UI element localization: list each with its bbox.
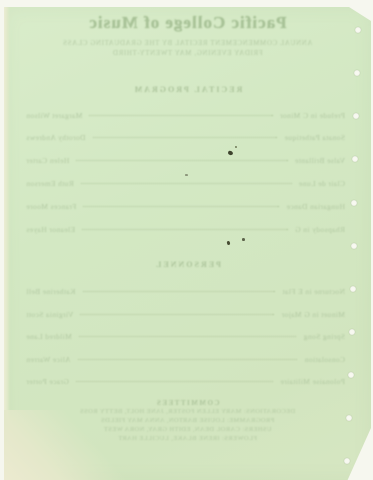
personnel-row-piece: Nocturne in E Flat	[282, 287, 345, 296]
personnel-row-name: Grace Porter	[26, 377, 69, 386]
bleedthrough-footer-line: USHERS: CAROL DEAN, EDITH GRAY, NORA WES…	[4, 426, 371, 433]
punch-hole	[355, 27, 361, 33]
program-row: Valse Brillante Helen Carter	[26, 156, 345, 165]
dot-leader	[80, 313, 274, 315]
program-row-performer: Helen Carter	[26, 156, 69, 165]
dot-leader	[76, 380, 273, 382]
personnel-row-piece: Consolation	[304, 355, 345, 364]
dot-leader	[81, 182, 292, 184]
program-row-piece: Sonata Pathetique	[284, 133, 345, 142]
program-row-performer: Frances Moore	[26, 202, 76, 211]
personnel-row-name: Mildred Lane	[26, 332, 72, 341]
program-row: Hungarian Dance Frances Moore	[26, 202, 345, 211]
punch-hole	[349, 329, 355, 335]
personnel-row: Spring Song Mildred Lane	[26, 332, 345, 341]
punch-hole	[354, 70, 360, 76]
program-row-piece: Hungarian Dance	[286, 202, 345, 211]
personnel-row-name: Alice Warren	[26, 355, 71, 364]
punch-hole	[351, 243, 357, 249]
bleedthrough-footer-line: FLOWERS: IRENE BLAKE, LUCILLE HART	[4, 435, 371, 442]
dot-leader	[93, 136, 278, 138]
bleedthrough-layer: Pacific College of Music ANNUAL COMMENCE…	[4, 7, 371, 480]
personnel-row-piece: Minuet in G Major	[281, 310, 345, 319]
program-row-piece: Prelude in C Minor	[280, 111, 345, 120]
dot-leader	[78, 358, 298, 360]
program-row: Prelude in C Minor Margaret Wilson	[26, 111, 345, 120]
program-row: Clair de Lune Ruth Emerson	[26, 179, 345, 188]
dot-leader	[83, 205, 279, 207]
ink-speck	[185, 174, 188, 176]
bleedthrough-footer-line: DECORATIONS: MARY ELLEN FOSTER, JANE HOL…	[4, 408, 371, 415]
punch-hole	[346, 415, 352, 421]
personnel-row: Nocturne in E Flat Katherine Bell	[26, 287, 345, 296]
program-row-piece: Rhapsody in G	[295, 225, 345, 234]
ink-speck	[242, 238, 245, 241]
personnel-row-name: Katherine Bell	[26, 287, 76, 296]
bleedthrough-personnel-heading: PERSONNEL	[4, 260, 371, 269]
dot-leader	[79, 335, 296, 337]
personnel-row-name: Virginia Scott	[26, 310, 73, 319]
program-row-performer: Dorothy Andrews	[26, 133, 86, 142]
personnel-row: Minuet in G Major Virginia Scott	[26, 310, 345, 319]
bleedthrough-program-heading: RECITAL PROGRAM	[4, 85, 371, 94]
dot-leader	[76, 159, 287, 161]
punch-hole	[350, 286, 356, 292]
program-row: Sonata Pathetique Dorothy Andrews	[26, 133, 345, 142]
punch-hole	[352, 156, 358, 162]
dot-leader	[82, 228, 288, 230]
punch-hole	[351, 200, 357, 206]
punch-hole	[344, 458, 350, 464]
bleedthrough-college-title: Pacific College of Music	[4, 13, 371, 33]
personnel-row: Consolation Alice Warren	[26, 355, 345, 364]
program-row: Rhapsody in G Eleanor Hayes	[26, 225, 345, 234]
bleedthrough-footer-heading: COMMITTEES	[4, 399, 371, 407]
program-row-performer: Ruth Emerson	[26, 179, 74, 188]
personnel-row-piece: Spring Song	[303, 332, 345, 341]
ink-speck	[235, 146, 237, 148]
bleedthrough-footer-line: PROGRAMME: LOUISE BARTON, ANNA MAY FIELD…	[4, 417, 371, 424]
dot-leader	[83, 290, 276, 292]
program-row-piece: Clair de Lune	[299, 179, 345, 188]
program-row-piece: Valse Brillante	[295, 156, 345, 165]
program-row-performer: Margaret Wilson	[26, 111, 82, 120]
bleedthrough-subtitle-1: ANNUAL COMMENCEMENT RECITAL BY THE GRADU…	[4, 39, 371, 47]
program-row-performer: Eleanor Hayes	[26, 225, 75, 234]
punch-hole	[348, 372, 354, 378]
dot-leader	[89, 114, 272, 116]
personnel-row-piece: Polonaise Militaire	[280, 377, 345, 386]
punch-hole	[353, 113, 359, 119]
scanned-paper-sheet: Pacific College of Music ANNUAL COMMENCE…	[4, 7, 371, 480]
personnel-row: Polonaise Militaire Grace Porter	[26, 377, 345, 386]
bleedthrough-subtitle-2: FRIDAY EVENING, MAY TWENTY-THIRD	[4, 49, 371, 57]
